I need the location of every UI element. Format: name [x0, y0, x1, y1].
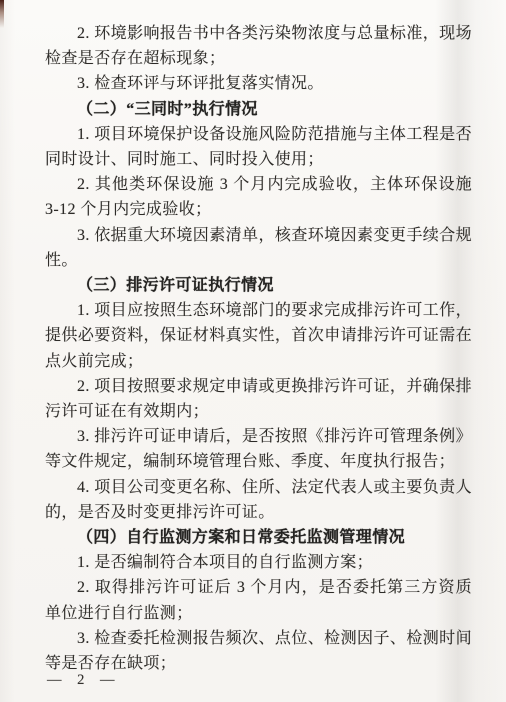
paragraph: 3. 检查环评与环评批复落实情况。 — [45, 71, 472, 96]
paragraph: 1. 项目应按照生态环境部门的要求完成排污许可工作，提供必要资料，保证材料真实性… — [45, 298, 472, 374]
section-heading: （四）自行监测方案和日常委托监测管理情况 — [45, 525, 472, 550]
document-page: 2. 环境影响报告书中各类污染物浓度与总量标准，现场检查是否存在超标现象；3. … — [0, 0, 506, 702]
paragraph: 2. 其他类环保设施 3 个月内完成验收，主体环保设施 3-12 个月内完成验收… — [45, 172, 472, 222]
paragraph: 2. 取得排污许可证后 3 个月内，是否委托第三方资质单位进行自行监测； — [45, 575, 472, 625]
paragraph: 3. 检查委托检测报告频次、点位、检测因子、检测时间等是否存在缺项； — [45, 626, 472, 676]
paragraph: 2. 环境影响报告书中各类污染物浓度与总量标准，现场检查是否存在超标现象； — [45, 21, 472, 71]
paragraph: 1. 项目环境保护设备设施风险防范措施与主体工程是否同时设计、同时施工、同时投入… — [45, 122, 472, 172]
paragraph: 2. 项目按照要求规定申请或更换排污许可证，并确保排污许可证在有效期内； — [45, 374, 472, 424]
paragraph: 3. 依据重大环境因素清单，核查环境因素变更手续合规性。 — [45, 223, 472, 273]
document-body: 2. 环境影响报告书中各类污染物浓度与总量标准，现场检查是否存在超标现象；3. … — [45, 21, 472, 676]
paragraph: 3. 排污许可证申请后，是否按照《排污许可管理条例》等文件规定，编制环境管理台账… — [45, 424, 472, 474]
paragraph: 1. 是否编制符合本项目的自行监测方案； — [45, 550, 472, 575]
page-number: — 2 — — [47, 672, 121, 689]
paragraph: 4. 项目公司变更名称、住所、法定代表人或主要负责人的，是否及时变更排污许可证。 — [45, 475, 472, 525]
section-heading: （二）“三同时”执行情况 — [45, 97, 472, 122]
section-heading: （三）排污许可证执行情况 — [45, 273, 472, 298]
scan-artifact-top-left — [0, 0, 4, 28]
